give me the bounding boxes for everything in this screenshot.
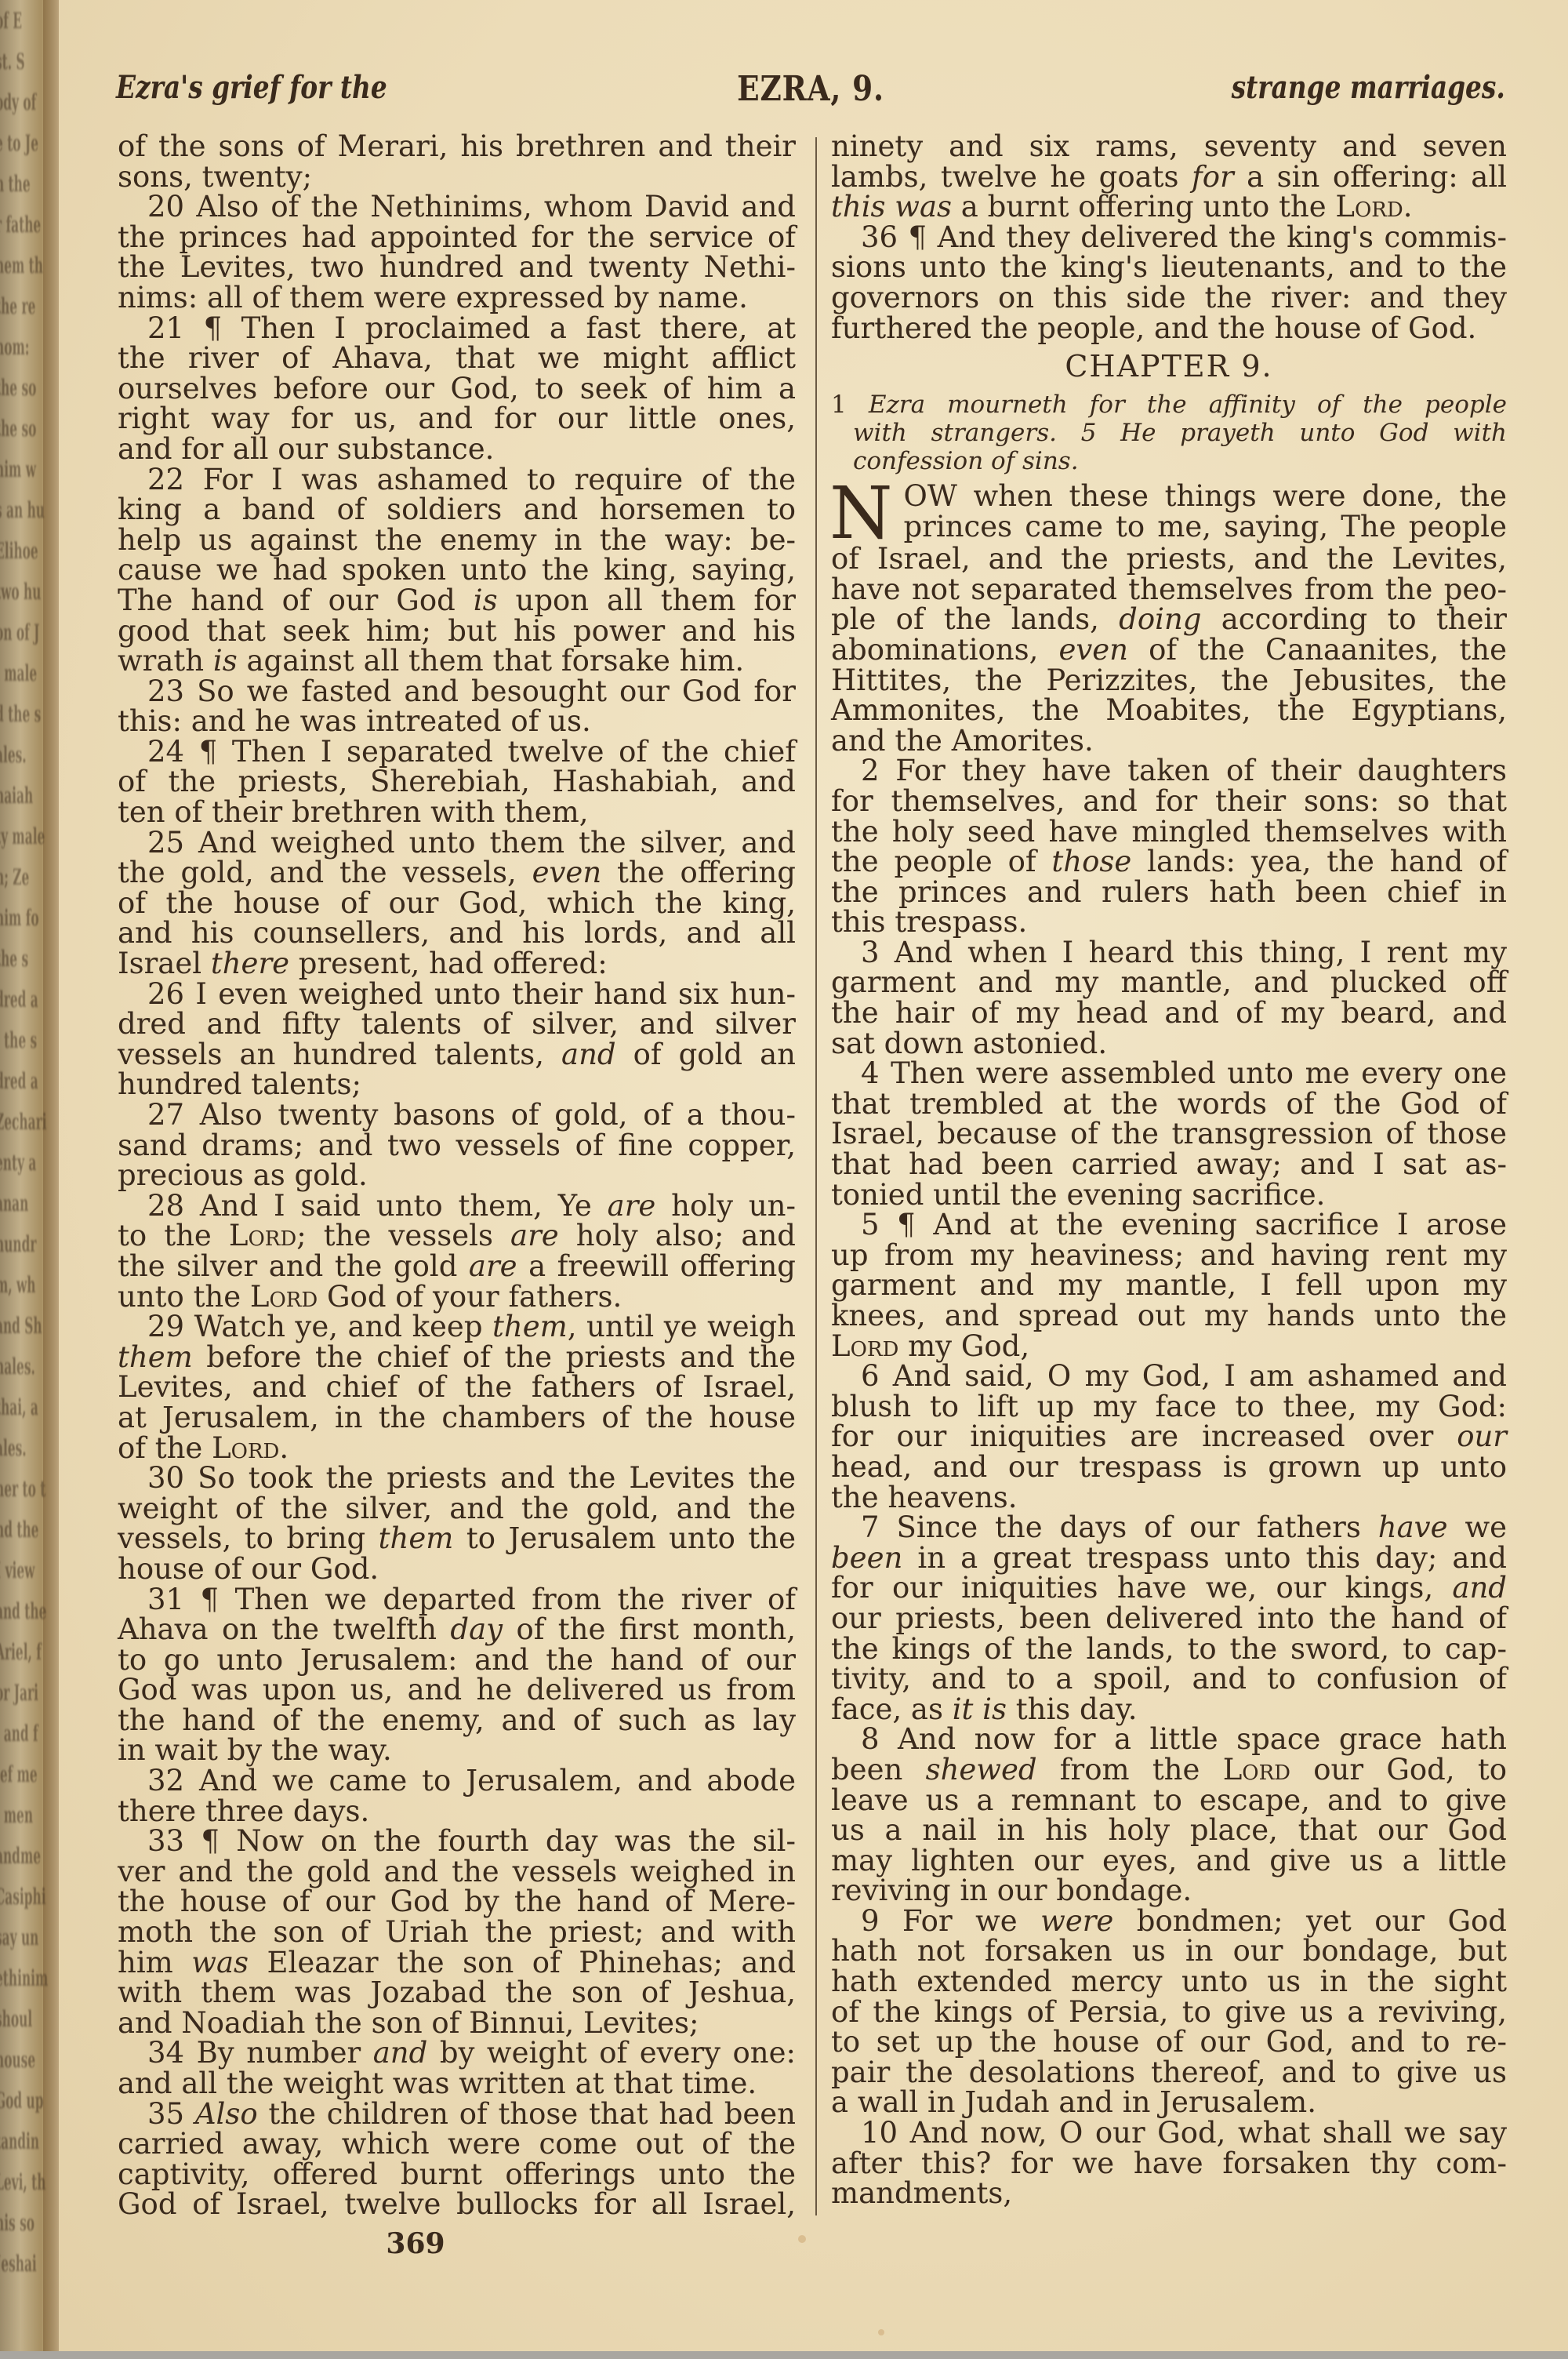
running-head-right: strange marriages.	[1232, 69, 1505, 106]
italic-supplied-word: it is	[953, 1692, 1007, 1726]
text-line: king a band of soldiers and horsemen to	[118, 495, 796, 525]
facing-page-text-fragment: two hu	[0, 579, 41, 605]
summary-line: 1 Ezra mourneth for the affinity of the …	[831, 391, 1507, 419]
facing-page-text-fragment: the s	[0, 946, 28, 972]
text-line: there three days.	[118, 1797, 796, 1827]
verse-start-line: 10 And now, O our God, what shall we say	[831, 2118, 1507, 2149]
facing-page-text-fragment: the re	[0, 293, 35, 319]
divine-name-small-caps: Lord	[212, 1431, 279, 1465]
text-line: of the Lord.	[118, 1434, 796, 1464]
text-line: hath extended mercy unto us in the sight	[831, 1967, 1507, 1997]
text-line: Ahava on the twelfth day of the first mo…	[118, 1615, 796, 1645]
facing-page-text-fragment: Levi, th	[0, 2169, 45, 2195]
paper-stain	[878, 2329, 884, 2335]
text-line: and the Amorites.	[831, 726, 1507, 757]
text-line: and Noadiah the son of Binnui, Levites;	[118, 2008, 796, 2039]
text-line: right way for us, and for our little one…	[118, 404, 796, 434]
italic-supplied-word: are	[469, 1249, 517, 1283]
facing-page-text-fragment: his so	[0, 2210, 34, 2236]
verse-start-line: 27 Also twenty basons of gold, of a thou…	[118, 1100, 796, 1131]
facing-page-text-fragment: nales.	[0, 1354, 35, 1379]
text-line: and all the weight was written at that t…	[118, 2069, 796, 2099]
text-line: the hand of the enemy, and of such as la…	[118, 1706, 796, 1736]
text-line: and for all our substance.	[118, 434, 796, 465]
facing-page-text-fragment: and the	[0, 1598, 46, 1624]
italic-supplied-word: was	[191, 1946, 249, 1979]
facing-page-text-fragment: ief me	[0, 1761, 38, 1787]
column-divider	[815, 137, 817, 2215]
text-line: hath not forsaken us in our bondage, but	[831, 1936, 1507, 1967]
text-line: nims: all of them were expressed by name…	[118, 283, 796, 314]
text-line: this trespass.	[831, 907, 1507, 938]
facing-page-text-fragment: ; the s	[0, 1027, 37, 1053]
text-line: house of our God.	[118, 1554, 796, 1585]
text-line: captivity, offered burnt offerings unto …	[118, 2160, 796, 2190]
verse-start-line: 20 Also of the Nethinims, whom David and	[118, 192, 796, 223]
italic-supplied-word: been	[831, 1541, 902, 1575]
verse-start-line: 34 By number and by weight of every one:	[118, 2038, 796, 2069]
text-line: the princes and rulers hath been chief i…	[831, 878, 1507, 908]
facing-page-text-fragment: ody of	[0, 89, 36, 115]
facing-page-text-fragment: l male	[0, 660, 37, 686]
drop-cap: N	[829, 483, 893, 544]
chapter-opening: N OW when these things were done, the pr…	[831, 482, 1507, 542]
facing-page-text-fragment: Elihoe	[0, 538, 38, 564]
facing-page-text-fragment: ales.	[0, 742, 27, 768]
verse-start-line: 4 Then were assembled unto me every one	[831, 1059, 1507, 1089]
text-line: reviving in our bondage.	[831, 1876, 1507, 1906]
text-line: us a nail in his holy place, that our Go…	[831, 1816, 1507, 1846]
facing-page-text-fragment: hom:	[0, 334, 29, 360]
italic-supplied-word: were	[1040, 1904, 1113, 1938]
facing-page-text-fragment: thai, a	[0, 1394, 38, 1420]
italic-supplied-word: this was	[831, 190, 952, 224]
facing-page-text-fragment: nd the	[0, 1517, 38, 1543]
left-column: of the sons of Merari, his brethren and …	[118, 132, 796, 2220]
ezra-8-end: ninety and six rams, seventy and sevenla…	[831, 132, 1507, 343]
verse-start-line: 32 And we came to Jerusalem, and abode	[118, 1766, 796, 1797]
facing-page-text-fragment: , and f	[0, 1721, 38, 1747]
facing-page-text-fragment: him w	[0, 456, 36, 482]
italic-supplied-word: those	[1051, 845, 1131, 878]
facing-page-text-fragment: dred a	[0, 1068, 38, 1094]
facing-page-text-fragment: and Sh	[0, 1313, 42, 1339]
facing-page-text-fragment: say un	[0, 1925, 38, 1950]
divine-name-small-caps: Lord	[1223, 1753, 1290, 1787]
summary-line: confession of sins.	[831, 447, 1507, 475]
running-head: Ezra's grief for the EZRA, 9. strange ma…	[116, 69, 1505, 108]
text-line: this was a burnt offering unto the Lord.	[831, 192, 1507, 223]
text-line: cause we had spoken unto the king, sayin…	[118, 555, 796, 586]
gutter-shadow	[43, 0, 59, 2351]
verse-start-line: 21 ¶ Then I proclaimed a fast there, at	[118, 314, 796, 344]
text-line: that had been carried away; and I sat as…	[831, 1150, 1507, 1180]
paper-stain	[798, 2235, 806, 2243]
facing-page-text-fragment: the so	[0, 416, 36, 442]
facing-page-text-fragment: haiah	[0, 783, 33, 809]
text-line: Ammonites, the Moabites, the Egyptians,	[831, 696, 1507, 726]
text-line: sand drams; and two vessels of fine copp…	[118, 1131, 796, 1161]
text-line: to the Lord; the vessels are holy also; …	[118, 1221, 796, 1252]
text-line: at Jerusalem, in the chambers of the hou…	[118, 1403, 796, 1434]
text-line: OW when these things were done, the	[831, 482, 1507, 512]
text-line: garment and my mantle, and plucked off	[831, 968, 1507, 998]
text-line: hundred talents;	[118, 1070, 796, 1100]
facing-page-text-fragment: I view	[0, 1558, 34, 1583]
text-line: The hand of our God is upon all them for	[118, 586, 796, 616]
italic-supplied-word: there	[211, 947, 289, 980]
text-line: have not separated themselves from the p…	[831, 575, 1507, 605]
text-line: been shewed from the Lord our God, to	[831, 1755, 1507, 1786]
text-line: wrath is against all them that forsake h…	[118, 646, 796, 677]
verse-start-line: 6 And said, O my God, I am ashamed and	[831, 1361, 1507, 1392]
facing-page-text-fragment: s an hu	[0, 497, 45, 523]
facing-page-text-fragment: st. S	[0, 49, 25, 75]
text-line: ple of the lands, doing according to the…	[831, 605, 1507, 635]
bible-page: of Est. Sody ofe to Jen ther fathehem th…	[0, 0, 1568, 2351]
chapter-summary: 1 Ezra mourneth for the affinity of the …	[831, 391, 1507, 475]
text-line: the river of Ahava, that we might afflic…	[118, 343, 796, 374]
text-line: abominations, even of the Canaanites, th…	[831, 635, 1507, 666]
verse-start-line: 26 I even weighed unto their hand six hu…	[118, 980, 796, 1010]
text-line: leave us a remnant to escape, and to giv…	[831, 1786, 1507, 1816]
text-line: lambs, twelve he goats for a sin offerin…	[831, 162, 1507, 193]
text-line: ten of their brethren with them,	[118, 798, 796, 828]
text-line: garment and my mantle, I fell upon my	[831, 1270, 1507, 1301]
italic-supplied-word: our	[1457, 1419, 1507, 1453]
facing-page-text-fragment: house	[0, 2047, 35, 2073]
italic-supplied-word: are	[510, 1219, 559, 1252]
facing-page-text-fragment: of E	[0, 8, 22, 34]
text-line: unto the Lord God of your fathers.	[118, 1282, 796, 1313]
text-line: God was upon us, and he delivered us fro…	[118, 1675, 796, 1706]
text-line: the silver and the gold are a freewill o…	[118, 1252, 796, 1282]
text-line: head, and our trespass is grown up unto	[831, 1452, 1507, 1483]
facing-page-text-fragment: hundr	[0, 1231, 36, 1257]
italic-supplied-word: and	[1452, 1571, 1507, 1605]
facing-page-text-fragment: him fo	[0, 905, 39, 931]
text-line: tonied until the evening sacrifice.	[831, 1180, 1507, 1211]
verse-start-line: 22 For I was ashamed to require of the	[118, 465, 796, 496]
verse-start-line: 29 Watch ye, and keep them, until ye wei…	[118, 1312, 796, 1343]
text-line: carried away, which were come out of the	[118, 2129, 796, 2160]
italic-supplied-word: day	[450, 1612, 503, 1646]
italic-supplied-word: Also	[195, 2097, 258, 2131]
text-line: with them was Jozabad the son of Jeshua,	[118, 1978, 796, 2008]
italic-supplied-word: and	[561, 1038, 616, 1071]
facing-page-text-fragment: Zechari	[0, 1109, 47, 1135]
text-line: sons, twenty;	[118, 162, 796, 193]
text-line: Hittites, the Perizzites, the Jebusites,…	[831, 666, 1507, 696]
text-line: dred and fifty talents of silver, and si…	[118, 1009, 796, 1040]
italic-supplied-word: doing	[1119, 602, 1201, 636]
verse-start-line: 5 ¶ And at the evening sacrifice I arose	[831, 1210, 1507, 1241]
italic-supplied-word: are	[608, 1189, 656, 1223]
text-line: Israel there present, had offered:	[118, 949, 796, 980]
verse-start-line: 30 So took the priests and the Levites t…	[118, 1463, 796, 1494]
facing-page-text-fragment: andme	[0, 1843, 41, 1869]
facing-page-text-fragment: Casiphi	[0, 1884, 46, 1910]
verse-start-line: 25 And weighed unto them the silver, and	[118, 828, 796, 859]
facing-page-text-fragment: God up	[0, 2088, 44, 2114]
text-line: the princes had appointed for the servic…	[118, 223, 796, 253]
text-line: up from my heaviness; and having rent my	[831, 1241, 1507, 1271]
text-line: to set up the house of our God, and to r…	[831, 2027, 1507, 2058]
text-line: help us against the enemy in the way: be…	[118, 525, 796, 556]
text-line: the hair of my head and of my beard, and	[831, 998, 1507, 1029]
text-line: this: and he was intreated of us.	[118, 707, 796, 737]
text-line: the kings of the lands, to the sword, to…	[831, 1634, 1507, 1665]
text-line: the holy seed have mingled themselves wi…	[831, 817, 1507, 848]
text-line: governors on this side the river: and th…	[831, 283, 1507, 314]
text-line: weight of the silver, and the gold, and …	[118, 1494, 796, 1525]
facing-page-text-fragment: the so	[0, 375, 36, 401]
facing-page-text-fragment: n the	[0, 171, 31, 197]
text-line: of the kings of Persia, to give us a rev…	[831, 1997, 1507, 2028]
divine-name-small-caps: Lord	[1335, 190, 1403, 224]
text-line: ourselves before our God, to seek of him…	[118, 374, 796, 405]
text-line: tivity, and to a spoil, and to confusion…	[831, 1664, 1507, 1695]
text-line: may lighten our eyes, and give us a litt…	[831, 1846, 1507, 1877]
text-line: a wall in Judah and in Jerusalem.	[831, 2088, 1507, 2118]
facing-page-text-fragment: on of J	[0, 620, 39, 645]
verse-start-line: 36 ¶ And they delivered the king's commi…	[831, 223, 1507, 253]
facing-page-text-fragment: hem th	[0, 253, 43, 278]
facing-page-text-fragment: Ariel, f	[0, 1639, 42, 1665]
text-line: moth the son of Uriah the priest; and wi…	[118, 1917, 796, 1948]
facing-page-text-fragment: m, wh	[0, 1272, 35, 1298]
text-line: the gold, and the vessels, even the offe…	[118, 858, 796, 889]
text-line: and his counsellers, and his lords, and …	[118, 918, 796, 949]
text-line: of the house of our God, which the king,	[118, 889, 796, 919]
verse-start-line: 35 Also the children of those that had b…	[118, 2099, 796, 2130]
ezra-9-body: of Israel, and the priests, and the Levi…	[831, 544, 1507, 2209]
text-line: him was Eleazar the son of Phinehas; and	[118, 1948, 796, 1979]
facing-page-text-fragment: or Jari	[0, 1680, 38, 1706]
facing-page-edge: of Est. Sody ofe to Jen ther fathehem th…	[0, 0, 59, 2351]
verse-start-line: 23 So we fasted and besought our God for	[118, 677, 796, 707]
italic-supplied-word: them	[492, 1310, 568, 1343]
text-line: Lord my God,	[831, 1332, 1507, 1362]
text-line: ver and the gold and the vessels weighed…	[118, 1857, 796, 1888]
facing-page-text-fragment: dred a	[0, 987, 38, 1012]
verse-start-line: 7 Since the days of our fathers have we	[831, 1513, 1507, 1543]
text-line: princes came to me, saying, The people	[831, 512, 1507, 543]
text-line: of the sons of Merari, his brethren and …	[118, 132, 796, 162]
text-line: the heavens.	[831, 1483, 1507, 1514]
text-line: mandments,	[831, 2179, 1507, 2209]
italic-supplied-word: them	[118, 1340, 193, 1374]
text-line: sions unto the king's lieutenants, and t…	[831, 253, 1507, 283]
text-line: Levites, and chief of the fathers of Isr…	[118, 1372, 796, 1403]
running-head-book-chapter: EZRA, 9.	[220, 69, 1401, 109]
page-number: 369	[361, 2227, 470, 2260]
text-line: of Israel, and the priests, and the Levi…	[831, 544, 1507, 575]
verse-start-line: 28 And I said unto them, Ye are holy un-	[118, 1191, 796, 1222]
verse-start-line: 33 ¶ Now on the fourth day was the sil-	[118, 1826, 796, 1857]
text-line: furthered the people, and the house of G…	[831, 314, 1507, 344]
facing-page-text-fragment: r fathe	[0, 212, 41, 238]
facing-page-text-fragment: , men	[0, 1802, 33, 1828]
text-line: after this? for we have forsaken thy com…	[831, 2149, 1507, 2179]
text-line: God of Israel, twelve bullocks for all I…	[118, 2190, 796, 2220]
text-line: in wait by the way.	[118, 1736, 796, 1766]
facing-page-text-fragment: ner to t	[0, 1476, 45, 1502]
text-line: vessels an hundred talents, and of gold …	[118, 1040, 796, 1070]
text-line: of the priests, Sherebiah, Hashabiah, an…	[118, 767, 796, 798]
italic-supplied-word: is	[474, 583, 498, 617]
verse-start-line: 3 And when I heard this thing, I rent my	[831, 938, 1507, 969]
text-line: for our iniquities are increased over ou…	[831, 1422, 1507, 1452]
text-line: our priests, been delivered into the han…	[831, 1604, 1507, 1634]
right-column: ninety and six rams, seventy and sevenla…	[831, 132, 1507, 2209]
text-line: the house of our God by the hand of Mere…	[118, 1887, 796, 1917]
text-line: for themselves, and for their sons: so t…	[831, 787, 1507, 817]
facing-page-text-fragment: d the s	[0, 701, 41, 727]
text-line: the people of those lands: yea, the hand…	[831, 847, 1507, 878]
verse-start-line: 2 For they have taken of their daughters	[831, 756, 1507, 787]
text-line: precious as gold.	[118, 1161, 796, 1191]
facing-page-text-fragment: h; Ze	[0, 864, 29, 890]
divine-name-small-caps: Lord	[831, 1329, 898, 1363]
facing-page-text-fragment: anan	[0, 1190, 28, 1216]
facing-page-text-fragment: ales.	[0, 1435, 27, 1461]
italic-supplied-word: them	[379, 1521, 454, 1555]
italic-supplied-word: and	[373, 2036, 428, 2070]
facing-page-text-fragment: ethinim	[0, 1965, 48, 1991]
italic-supplied-word: even	[1058, 633, 1128, 667]
text-line: pair the desolations thereof, and to giv…	[831, 2058, 1507, 2088]
facing-page-text-fragment: e to Je	[0, 130, 38, 156]
text-line: for our iniquities have we, our kings, a…	[831, 1573, 1507, 1604]
facing-page-text-fragment: tandin	[0, 2128, 39, 2154]
facing-page-text-fragment: ty male	[0, 823, 45, 849]
divine-name-small-caps: Lord	[229, 1219, 296, 1252]
text-line: vessels, to bring them to Jerusalem unto…	[118, 1524, 796, 1554]
verse-start-line: 31 ¶ Then we departed from the river of	[118, 1585, 796, 1616]
text-line: been in a great trespass unto this day; …	[831, 1543, 1507, 1574]
text-line: them before the chief of the priests and…	[118, 1343, 796, 1373]
summary-verse-number: 1	[831, 391, 869, 419]
text-line: the Levites, two hundred and twenty Neth…	[118, 253, 796, 283]
text-line: good that seek him; but his power and hi…	[118, 616, 796, 647]
facing-page-text-fragment: enty a	[0, 1150, 36, 1176]
italic-supplied-word: have	[1378, 1510, 1448, 1544]
italic-supplied-word: even	[532, 856, 602, 889]
chapter-heading: CHAPTER 9.	[831, 345, 1507, 387]
facing-page-text-fragment: Jeshai	[0, 2251, 37, 2277]
summary-line: with strangers. 5 He prayeth unto God wi…	[831, 419, 1507, 447]
facing-page-text-fragment: shoul	[0, 2006, 32, 2032]
text-line: ninety and six rams, seventy and seven	[831, 132, 1507, 162]
text-line: knees, and spread out my hands unto the	[831, 1301, 1507, 1332]
verse-start-line: 9 For we were bondmen; yet our God	[831, 1906, 1507, 1937]
text-line: to go unto Jerusalem: and the hand of ou…	[118, 1645, 796, 1676]
text-line: that trembled at the words of the God of	[831, 1089, 1507, 1120]
italic-supplied-word: is	[213, 644, 238, 678]
text-line: sat down astonied.	[831, 1029, 1507, 1060]
italic-supplied-word: shewed	[926, 1753, 1037, 1787]
verse-start-line: 8 And now for a little space grace hath	[831, 1725, 1507, 1755]
divine-name-small-caps: Lord	[250, 1280, 318, 1314]
verse-start-line: 24 ¶ Then I separated twelve of the chie…	[118, 737, 796, 768]
text-line: Israel, because of the transgression of …	[831, 1119, 1507, 1150]
text-line: face, as it is this day.	[831, 1695, 1507, 1725]
italic-supplied-word: for	[1192, 160, 1234, 194]
text-line: blush to lift up my face to thee, my God…	[831, 1392, 1507, 1423]
